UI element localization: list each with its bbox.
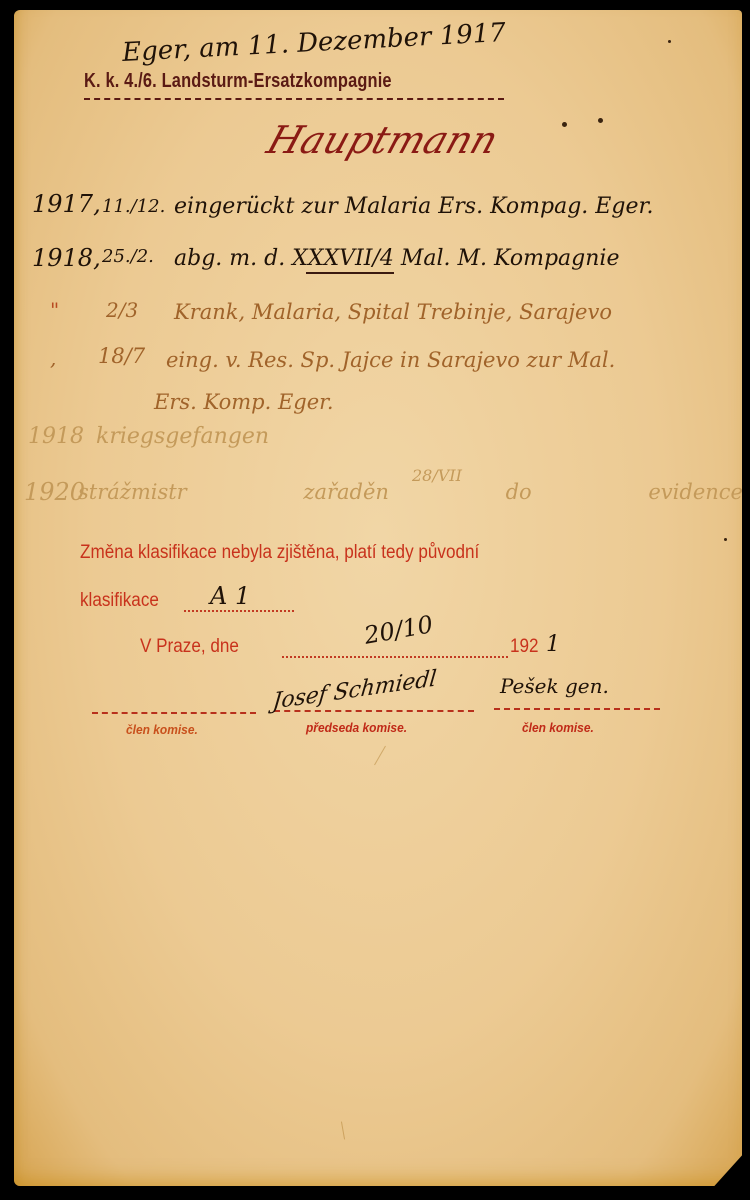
- paper-fiber: [374, 746, 386, 766]
- chairman-label: předseda komise.: [306, 720, 407, 735]
- entry-text: kriegsgefangen: [96, 424, 269, 449]
- entry-date: 2/3: [106, 298, 138, 322]
- signature-line-center: [274, 710, 474, 712]
- place-date: Eger, am 11. Dezember 1917: [121, 18, 506, 68]
- member-signature: Pešek gen.: [500, 674, 609, 698]
- record-card: Eger, am 11. Dezember 1917 K. k. 4./6. L…: [14, 10, 742, 1186]
- entry-year: ,: [50, 346, 56, 370]
- paper-speck: [668, 40, 671, 43]
- entry-date: 18/7: [98, 344, 145, 368]
- signature-line-right: [494, 708, 660, 710]
- stamp-underline: [84, 98, 504, 100]
- paper-speck: [598, 118, 603, 123]
- unit-stamp: K. k. 4./6. Landsturm-Ersatzkompagnie: [84, 70, 392, 93]
- place-label: V Praze, dne: [140, 636, 239, 658]
- member-label-left: člen komise.: [126, 722, 198, 737]
- paper-speck: [724, 538, 727, 541]
- classification-statement: Změna klasifikace nebyla zjištěna, platí…: [80, 542, 479, 564]
- entry-text: eingerückt zur Malaria Ers. Kompag. Eger…: [174, 194, 654, 219]
- entry-year: 1918,: [32, 244, 101, 272]
- entry-year: 1920: [24, 478, 85, 506]
- year-suffix: 1: [546, 632, 560, 657]
- entry-text: abg. m. d. XXXVII/4 Mal. M. Kompagnie: [174, 246, 619, 271]
- officer-signature: Hauptmann: [262, 118, 504, 162]
- member-label-right: člen komise.: [522, 720, 594, 735]
- entry-date: 25./2.: [102, 246, 154, 267]
- classification-value: A 1: [210, 582, 250, 610]
- paper-fiber: [341, 1122, 345, 1140]
- date-value: 20/10: [362, 610, 435, 650]
- entry-year: 1918: [28, 424, 84, 449]
- entry-text: strážmistr zařaděn do evidence pěš. pl. …: [78, 480, 750, 504]
- signature-line-left: [92, 712, 256, 714]
- entry-year: 1917,: [32, 190, 101, 218]
- classification-label: klasifikace: [80, 590, 159, 612]
- year-prefix: 192: [510, 636, 539, 658]
- entry-underline: [306, 272, 394, 274]
- entry-year: ": [50, 298, 59, 322]
- entry-date: 11./12.: [102, 196, 165, 217]
- chairman-signature: Josef Schmiedl: [271, 666, 437, 715]
- entry-text: Krank, Malaria, Spital Trebinje, Sarajev…: [174, 300, 612, 324]
- classification-field-line: [184, 610, 294, 612]
- date-field-line: [282, 656, 508, 658]
- entry-text: Ers. Komp. Eger.: [154, 390, 334, 414]
- entry-text: eing. v. Res. Sp. Jajce in Sarajevo zur …: [166, 348, 615, 372]
- paper-speck: [562, 122, 567, 127]
